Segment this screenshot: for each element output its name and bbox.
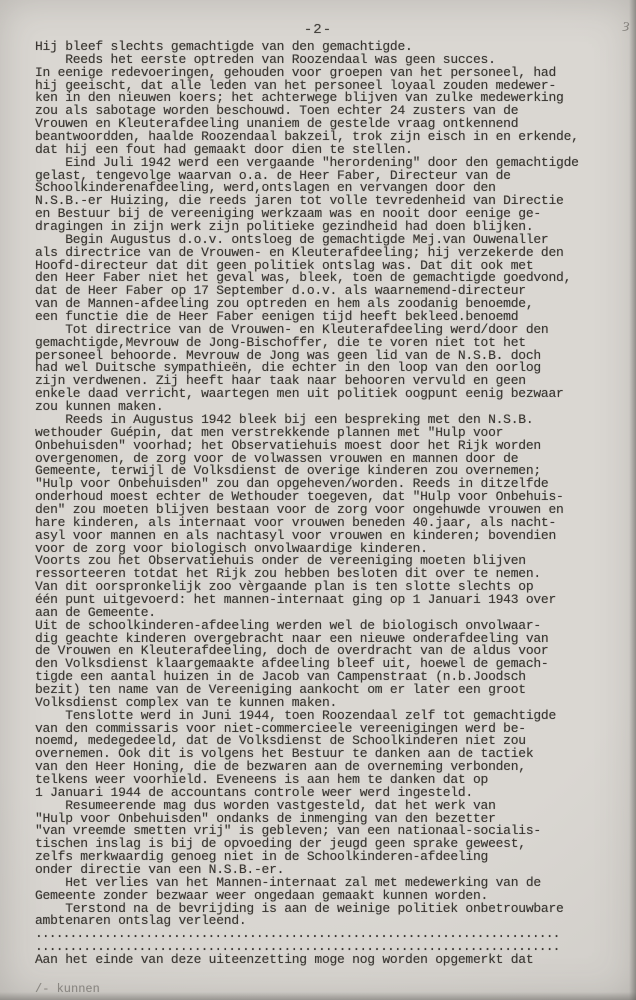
scanned-page: -2- ȝ Hij bleef slechts gemachtigde van … — [0, 0, 636, 1000]
document-text: Hij bleef slechts gemachtigde van den ge… — [35, 41, 620, 967]
page-number: -2- — [0, 22, 636, 38]
text-line: Aan het einde van deze uiteenzetting mog… — [35, 954, 620, 967]
text-line: ambtenaren ontslag verleend. — [35, 915, 620, 928]
text-line: ........................................… — [35, 928, 620, 941]
footer-fragment: /- kunnen — [35, 982, 100, 996]
